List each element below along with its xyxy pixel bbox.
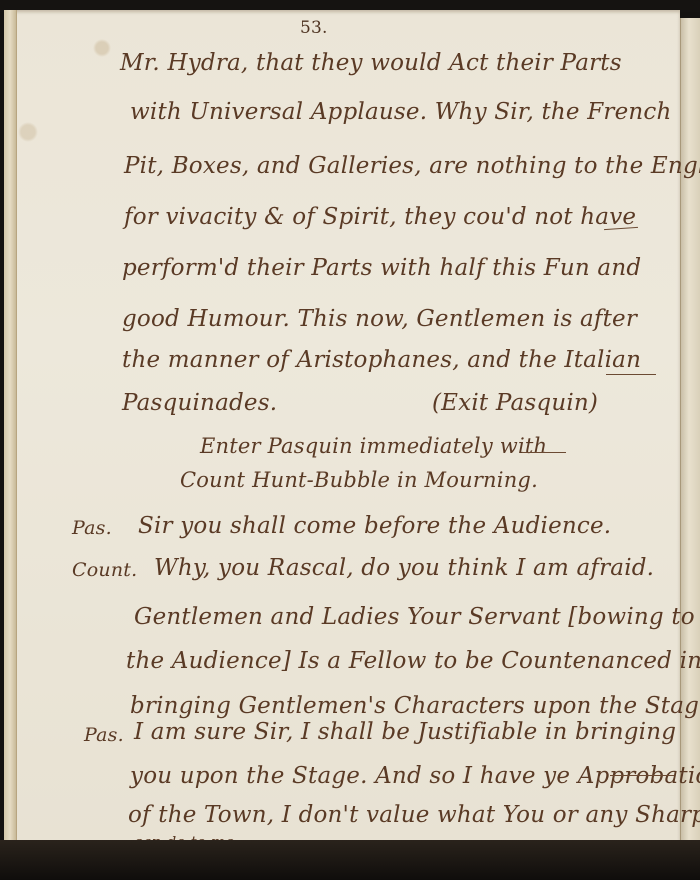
line-filler-stroke	[610, 775, 674, 776]
stage-direction: Count Hunt-Bubble in Mourning.	[180, 468, 538, 492]
dialogue-line: you upon the Stage. And so I have ye App…	[130, 763, 700, 789]
left-page-edge	[4, 10, 17, 845]
dialogue-line: Sir you shall come before the Audience.	[138, 513, 611, 539]
dialogue-line: Why, you Rascal, do you think I am afrai…	[154, 555, 654, 581]
exit-direction: (Exit Pasquin)	[432, 390, 598, 416]
line-filler-stroke	[606, 374, 656, 375]
page-number: 53.	[300, 18, 328, 38]
speaker-label: Pas.	[72, 517, 112, 539]
text-line: perform'd their Parts with half this Fun…	[122, 255, 641, 281]
text-line: the manner of Aristophanes, and the Ital…	[122, 347, 641, 373]
stage-direction: Enter Pasquin immediately with	[200, 434, 547, 458]
speaker-label: Count.	[72, 559, 137, 581]
dialogue-line: Gentlemen and Ladies Your Servant [bowin…	[134, 604, 695, 630]
bottom-binding-shadow	[0, 840, 700, 880]
text-line: Pasquinades.	[122, 390, 277, 416]
line-filler-stroke	[522, 452, 566, 453]
text-line: for vivacity & of Spirit, they cou'd not…	[124, 204, 636, 230]
page-stack-edge	[680, 18, 700, 848]
text-line: good Humour. This now, Gentlemen is afte…	[122, 306, 637, 332]
dialogue-line: the Audience] Is a Fellow to be Countena…	[126, 648, 700, 674]
speaker-label: Pas.	[84, 724, 124, 746]
dialogue-line: I am sure Sir, I shall be Justifiable in…	[134, 719, 676, 745]
text-line: Mr. Hydra, that they would Act their Par…	[120, 50, 622, 76]
text-line: with Universal Applause. Why Sir, the Fr…	[130, 99, 672, 125]
dialogue-line: bringing Gentlemen's Characters upon the…	[130, 693, 700, 719]
dialogue-line: of the Town, I don't value what You or a…	[128, 802, 700, 828]
manuscript-page: 53. Mr. Hydra, that they would Act their…	[4, 10, 680, 845]
text-line: Pit, Boxes, and Galleries, are nothing t…	[124, 153, 700, 179]
